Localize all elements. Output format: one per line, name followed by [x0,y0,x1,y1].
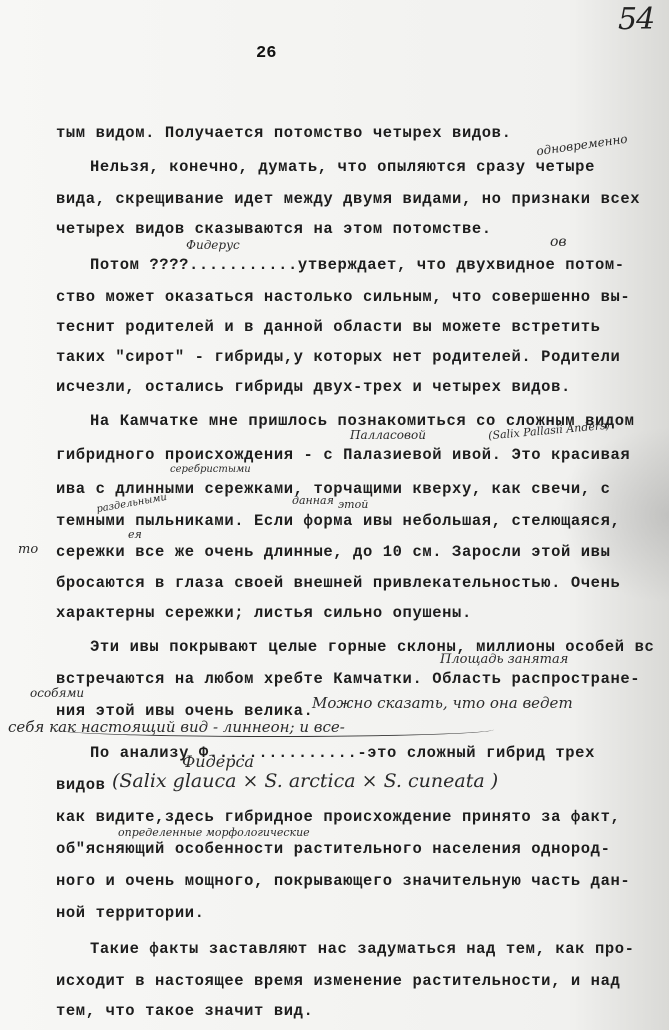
handwritten-annotation: серебристыми [170,464,251,475]
handwritten-annotation: одновременно [535,132,628,159]
handwritten-annotation: Площадь занятая [440,652,568,667]
handwritten-annotation: этой [338,498,368,511]
typed-line: теснит родителей и в данной области вы м… [56,318,601,336]
handwritten-species-formula: (Salix glauca × S. arctica × S. cuneata … [112,770,498,792]
handwritten-insertion: Можно сказать, что она ведет [312,694,573,712]
handwritten-annotation: Палласовой [350,428,426,442]
typed-line: тем, что такое значит вид. [56,1002,313,1020]
typed-line: Такие факты заставляют нас задуматься на… [90,940,635,958]
typed-line: гибридного происхождения - с Палазиевой … [56,446,630,464]
typed-line: исходит в настоящее время изменение раст… [56,972,620,990]
typed-line: По анализу Ф...............-это сложный … [90,744,595,762]
typed-line: как видите,здесь гибридное происхождение… [56,808,620,826]
insertion-bracket [54,722,494,737]
handwritten-annotation: данная [292,494,334,507]
handwritten-annotation: ов [550,234,567,250]
handwritten-annotation: определенные морфологические [118,826,310,839]
typed-line: видов [56,776,106,794]
archive-folio-number: 54 [618,2,654,37]
typed-line: встречаются на любом хребте Камчатки. Об… [56,670,640,688]
typed-line: вида, скрещивание идет между двумя видам… [56,190,640,208]
typed-line: ного и очень мощного, покрывающего значи… [56,872,630,890]
typed-line: ной территории. [56,904,205,922]
typed-line: Эти ивы покрывают целые горные склоны, м… [90,638,654,656]
margin-annotation: то [18,542,38,557]
page-number: 26 [256,44,276,63]
typed-line: исчезли, остались гибриды двух-трех и че… [56,378,571,396]
typed-line: об"ясняющий особенности растительного на… [56,840,610,858]
typed-line: тым видом. Получается потомство четырех … [56,124,511,142]
typed-line: ство может оказаться настолько сильным, … [56,288,630,306]
typed-line: бросаются в глаза своей внешней привлека… [56,574,620,592]
handwritten-annotation: ея [128,528,142,541]
typed-line: таких "сирот" - гибриды,у которых нет ро… [56,348,620,366]
scanned-page: 54 26 тым видом. Получается потомство че… [0,0,669,1030]
typed-line: характерны сережки; листья сильно опушен… [56,604,472,622]
typed-line: сережки все же очень длинные, до 10 см. … [56,543,610,561]
handwritten-annotation: Фидерус [186,238,240,252]
typed-line: Потом ????...........утверждает, что дву… [90,256,625,274]
typed-line: Нельзя, конечно, думать, что опыляются с… [90,158,595,176]
typed-line: четырех видов сказываются на этом потомс… [56,220,492,238]
handwritten-annotation: особями [30,686,84,700]
handwritten-annotation: Фидерса [182,752,254,771]
